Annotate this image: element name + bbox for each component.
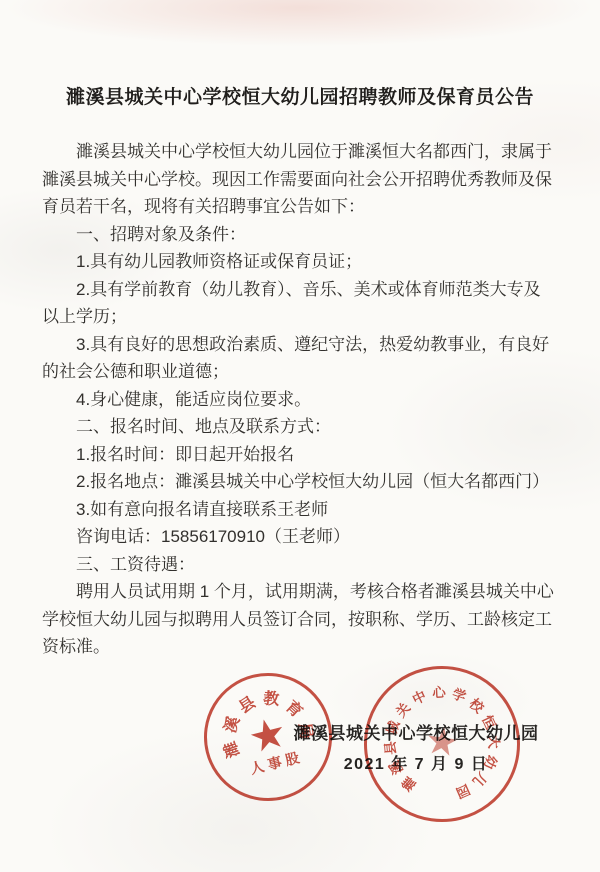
kindergarten-seal: ★ 濉溪县城关中心学校恒大幼儿园 <box>354 656 530 832</box>
section-1-item-1: 1.具有幼儿园教师资格证或保育员证； <box>42 248 556 276</box>
seal-arc-char: 大 <box>486 735 500 749</box>
seal-arc-char: 城 <box>385 719 402 736</box>
section-3-heading: 三、工资待遇： <box>42 551 556 579</box>
announcement-body: 濉溪县城关中心学校恒大幼儿园位于濉溪恒大名都西门，隶属于濉溪县城关中心学校。现因… <box>42 138 556 661</box>
seal-star-icon: ★ <box>423 721 462 763</box>
seal-arc-char: 儿 <box>470 770 489 789</box>
section-1-item-2: 2.具有学前教育（幼儿教育）、音乐、美术或体育师范类大专及以上学历； <box>42 276 556 331</box>
seal-arc-char: 教 <box>263 691 280 708</box>
seal-arc-char: 县 <box>384 741 399 756</box>
intro-paragraph: 濉溪县城关中心学校恒大幼儿园位于濉溪恒大名都西门，隶属于濉溪县城关中心学校。现因… <box>42 138 556 221</box>
announcement-title: 濉溪县城关中心学校恒大幼儿园招聘教师及保育员公告 <box>0 82 600 109</box>
seal-arc-char: 濉 <box>400 774 419 793</box>
seal-arc-char: 学 <box>450 687 467 704</box>
education-bureau-seal: ★ 人事股 濉溪县教育局 <box>190 659 345 814</box>
seal-arc-char: 校 <box>467 696 486 715</box>
seal-arc-char: 育 <box>282 699 305 722</box>
section-2-item-2: 2.报名地点：濉溪县城关中心学校恒大幼儿园（恒大名都西门） <box>42 468 556 496</box>
section-2-item-1: 1.报名时间：即日起开始报名 <box>42 441 556 469</box>
seal-arc-char: 中 <box>410 689 428 707</box>
section-1-heading: 一、招聘对象及条件： <box>42 221 556 249</box>
seal-arc-char: 园 <box>454 782 472 800</box>
seal-arc-char: 心 <box>432 686 446 700</box>
scanned-announcement-page: 濉溪县城关中心学校恒大幼儿园招聘教师及保育员公告 濉溪县城关中心学校恒大幼儿园位… <box>0 0 600 872</box>
section-1-item-3: 3.具有良好的思想政治素质、遵纪守法，热爱幼教事业，有良好的社会公德和职业道德； <box>42 331 556 386</box>
section-2-item-3: 3.如有意向报名请直接联系王老师 <box>42 496 556 524</box>
seal-arc-char: 恒 <box>479 713 497 731</box>
seal-arc-char: 局 <box>295 722 313 740</box>
contact-phone-line: 咨询电话：15856170910（王老师） <box>42 523 556 551</box>
seal-arc-char: 濉 <box>223 739 243 759</box>
seal-arc-char: 溪 <box>223 715 243 735</box>
seal-arc-char: 溪 <box>387 758 405 776</box>
seal-arc-char: 关 <box>394 701 413 720</box>
seal-arc-char: 幼 <box>481 753 498 770</box>
salary-paragraph: 聘用人员试用期 1 个月，试用期满，考核合格者濉溪县城关中心学校恒大幼儿园与拟聘… <box>42 578 556 661</box>
section-2-heading: 二、报名时间、地点及联系方式： <box>42 413 556 441</box>
section-1-item-4: 4.身心健康，能适应岗位要求。 <box>42 386 556 414</box>
